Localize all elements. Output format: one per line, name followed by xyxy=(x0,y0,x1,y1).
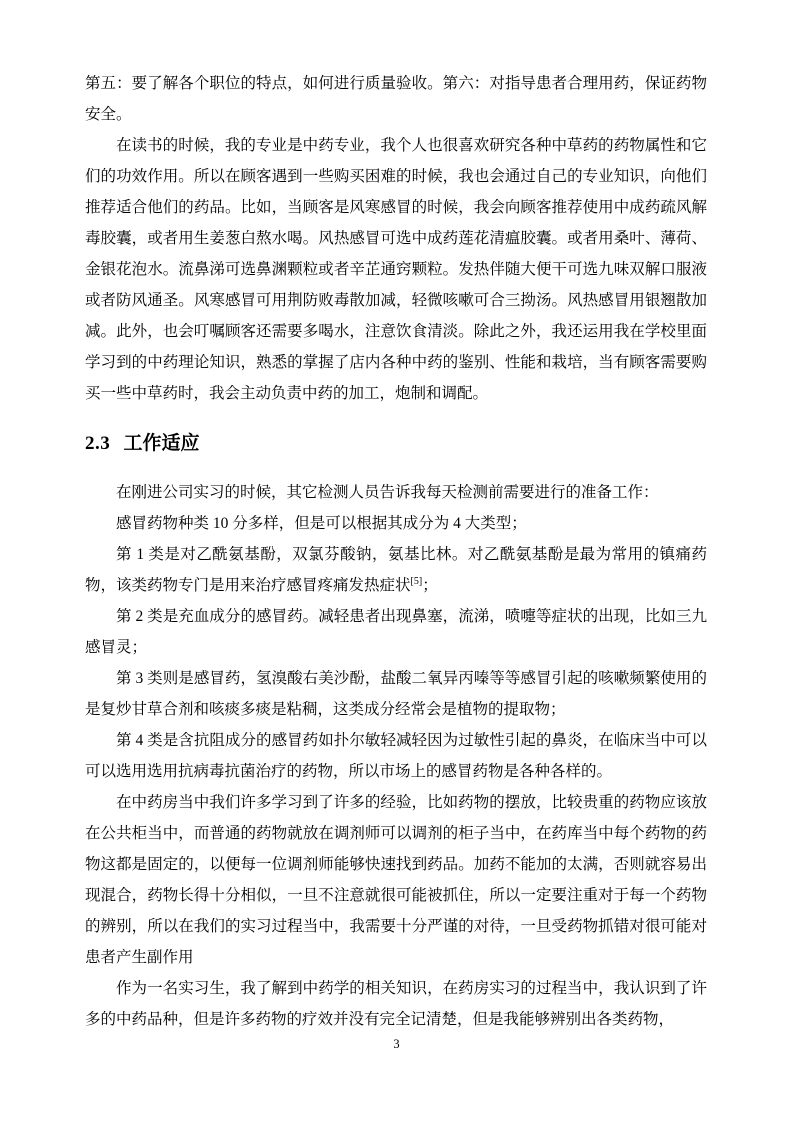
section-heading-title: 工作适应 xyxy=(124,433,200,454)
paragraph-intro: 在读书的时候，我的专业是中药专业，我个人也很喜欢研究各种中草药的药物属性和它们的… xyxy=(85,130,707,409)
page-body: 第五：要了解各个职位的特点，如何进行质量验收。第六：对指导患者合理用药，保证药物… xyxy=(85,68,707,1035)
paragraph-type-3: 第 3 类则是感冒药，氢溴酸右美沙酚，盐酸二氧异丙嗪等等感冒引起的咳嗽频繁使用的… xyxy=(85,663,707,725)
paragraph-type-4: 第 4 类是含抗阻成分的感冒药如扑尔敏轻减轻因为过敏性引起的鼻炎，在临床当中可以… xyxy=(85,725,707,787)
paragraph-preparation: 在刚进公司实习的时候，其它检测人员告诉我每天检测前需要进行的准备工作： xyxy=(85,477,707,508)
page-number: 3 xyxy=(0,1036,793,1052)
paragraph-intern-summary: 作为一名实习生，我了解到中药学的相关知识，在药房实习的过程当中，我认识到了许多的… xyxy=(85,973,707,1035)
section-heading-number: 2.3 xyxy=(85,433,110,454)
paragraph-cold-medicine-types: 感冒药物种类 10 分多样，但是可以根据其成分为 4 大类型； xyxy=(85,508,707,539)
paragraph-type-2: 第 2 类是充血成分的感冒药。减轻患者出现鼻塞，流涕，喷嚏等症状的出现，比如三九… xyxy=(85,601,707,663)
paragraph-type-1-text: 第 1 类是对乙酰氨基酚，双氯芬酸钠，氨基比林。对乙酰氨基酚是最为常用的镇痛药物… xyxy=(85,546,707,594)
paragraph-continuation: 第五：要了解各个职位的特点，如何进行质量验收。第六：对指导患者合理用药，保证药物… xyxy=(85,68,707,130)
paragraph-type-1: 第 1 类是对乙酰氨基酚，双氯芬酸钠，氨基比林。对乙酰氨基酚是最为常用的镇痛药物… xyxy=(85,539,707,601)
section-heading: 2.3工作适应 xyxy=(85,431,707,457)
document-page: 第五：要了解各个职位的特点，如何进行质量验收。第六：对指导患者合理用药，保证药物… xyxy=(0,0,793,1122)
paragraph-pharmacy-experience: 在中药房当中我们许多学习到了许多的经验，比如药物的摆放，比较贵重的药物应该放在公… xyxy=(85,787,707,973)
paragraph-type-1-tail: ； xyxy=(422,577,438,594)
citation-superscript: [5] xyxy=(411,576,423,587)
